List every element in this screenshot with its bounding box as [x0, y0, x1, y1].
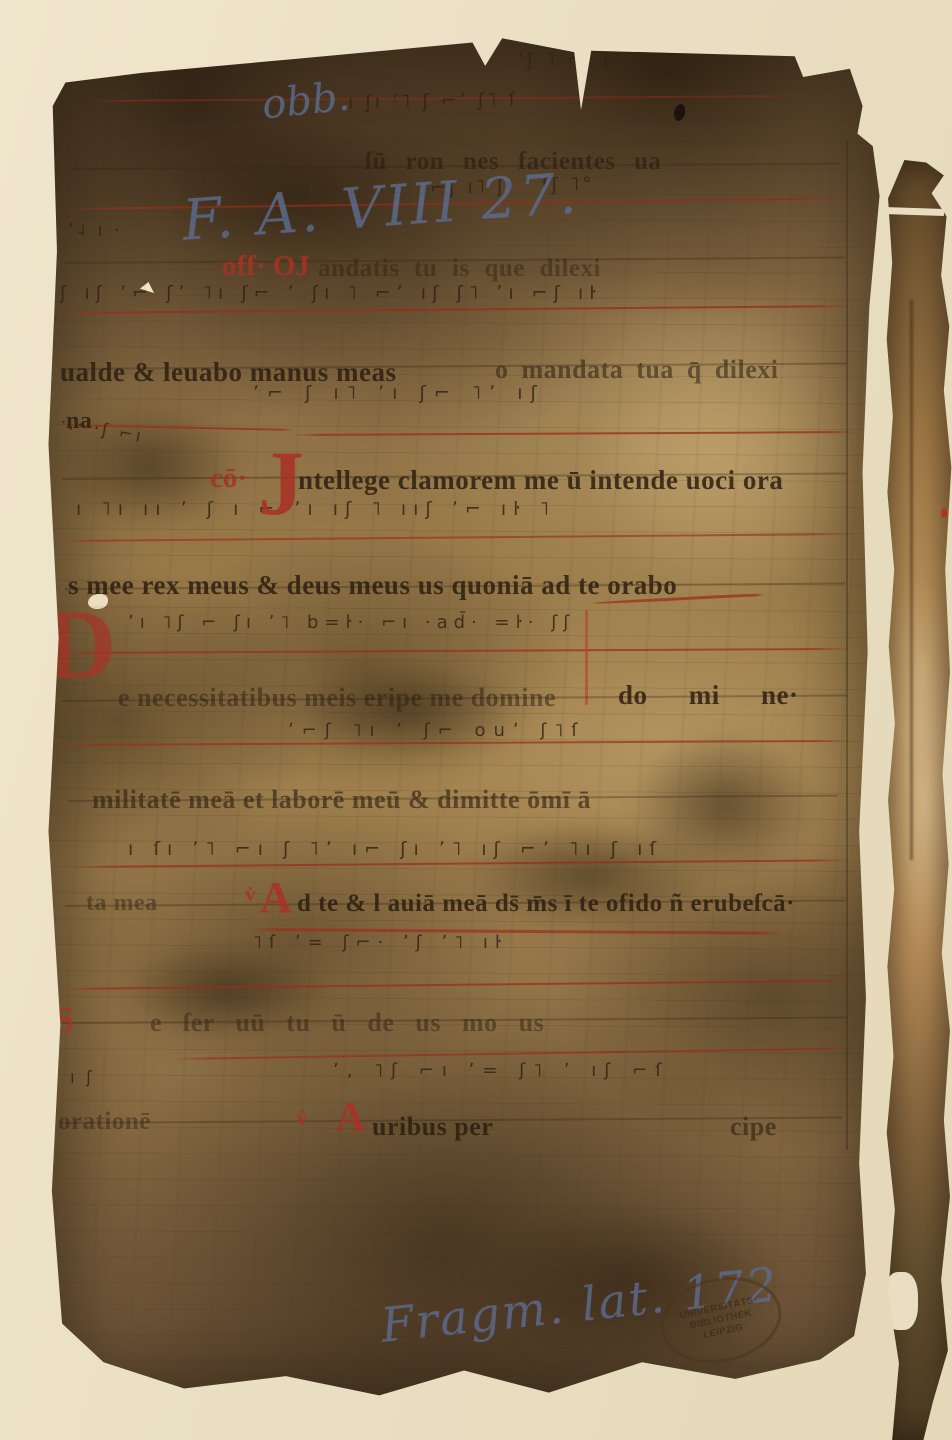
- initial-s: S: [54, 998, 74, 1040]
- neume-row: ʼʃ ˥ ⌐ı ʃ°: [518, 46, 626, 72]
- text-line-11a: orationē: [58, 1108, 151, 1136]
- text-line-8: militatē meā et laborē meū & dimitte ōmī…: [92, 785, 591, 815]
- text-line-10: e ſer uū tu ū de us mo us: [150, 1008, 544, 1038]
- initial-d: D: [44, 600, 116, 690]
- manuscript-leaf: ʼʃ ˥ ⌐ı ʃ° ı ʃı ʼ˥ ʃ ⌐ʼ ʃ˥ ſ ⌐ʃ ı˥ ʃı ʼ …: [40, 30, 888, 1412]
- text-line-11c: cipe: [730, 1112, 777, 1142]
- initial-a-verse: A: [335, 1100, 365, 1138]
- strip-break: [884, 207, 944, 216]
- text-line-9a: ta mea: [86, 890, 158, 917]
- verse-mark-2: v̇: [296, 1105, 308, 1131]
- neume-row: ʼ⌐ʃ ˥ı ʼ ʃ⌐ ouʼ ʃ˥ſ: [288, 720, 586, 741]
- strip-crease: [910, 300, 913, 860]
- neume-row: ı ˥ı ıı ʼ ʃ ı ⌐ ʼı ıʃ ˥ ııʃ ʼ⌐ ıŀ ˥: [76, 498, 556, 520]
- neume-row: ʼ, ˥ʃ ⌐ı ʼ= ʃ˥ ʼ ıʃ ⌐ſ: [333, 1060, 669, 1081]
- text-line-3a: ualde & leuabo manus meas: [60, 357, 397, 388]
- text-line-6: s mee rex meus & deus meus us quoniā ad …: [68, 570, 677, 601]
- pencil-note-top: obb.: [260, 74, 352, 129]
- binding-strip-fragment: [884, 160, 952, 1440]
- neume-row: ı ʃ: [70, 1068, 95, 1088]
- staff-divider-red: [585, 610, 588, 705]
- text-line-7b: do mi ne·: [618, 680, 799, 711]
- initial-a-small: A: [260, 878, 292, 918]
- photograph: { "artifact": { "kind": "parchment manus…: [0, 0, 952, 1440]
- margin-ruling-vertical: [846, 140, 848, 1150]
- text-line-2: andatis tu is que dilexi: [318, 255, 601, 283]
- verse-mark-1: v̇: [245, 882, 256, 907]
- text-line-7a: e necessitatibus meis eripe me domine: [118, 683, 556, 713]
- neume-row: ı ſı ʼ˥ ⌐ı ʃ ˥ʼ ı⌐ ʃı ʼ˥ ıʃ ⌐ʼ ˥ı ʃ ıſ: [128, 838, 663, 860]
- rubric-communion: cō·: [210, 462, 247, 495]
- text-line-3b: o mandata tua q̄ dilexi: [495, 355, 779, 385]
- neume-row: ı ʃı ʼ˥ ʃ ⌐ʼ ʃ˥ ſ: [348, 89, 519, 114]
- text-line-5: ntellege clamorem me ū intende uoci ora: [298, 465, 783, 496]
- wormhole: [672, 103, 687, 122]
- neume-row: ˥ſ ʼ= ʃ⌐· ʼʃ ʼ˥ ıŀ: [253, 932, 508, 953]
- text-line-9b: d te & l auiā meā ds̄ m̄s ī te ofido ñ e…: [297, 890, 795, 918]
- red-ink-trace: [941, 508, 947, 518]
- text-line-4: na: [66, 408, 92, 435]
- neume-row: ʼ˨ ı ·: [68, 220, 123, 241]
- strip-break: [884, 1272, 918, 1330]
- text-line-11b: uribus per: [372, 1112, 493, 1142]
- staff-line-red: [58, 648, 853, 654]
- light-patch: [580, 290, 860, 610]
- rubric-offertory: off· OJ: [222, 250, 310, 283]
- neume-row: ʃ ıʃ ʼ⌐ ʃʼ ˥ı ʃ⌐ ʼ ʃı ˥ ⌐ʼ ıʃ ʃ˥ ʼı ⌐ʃ ı…: [60, 282, 602, 304]
- staff-line-red: [175, 1047, 855, 1060]
- neume-row: ʼı ˥ʃ ⌐ ʃı ʼ˥ b=ŀ· ⌐ı ·ad̄· =ŀ· ʃʃ: [128, 612, 575, 633]
